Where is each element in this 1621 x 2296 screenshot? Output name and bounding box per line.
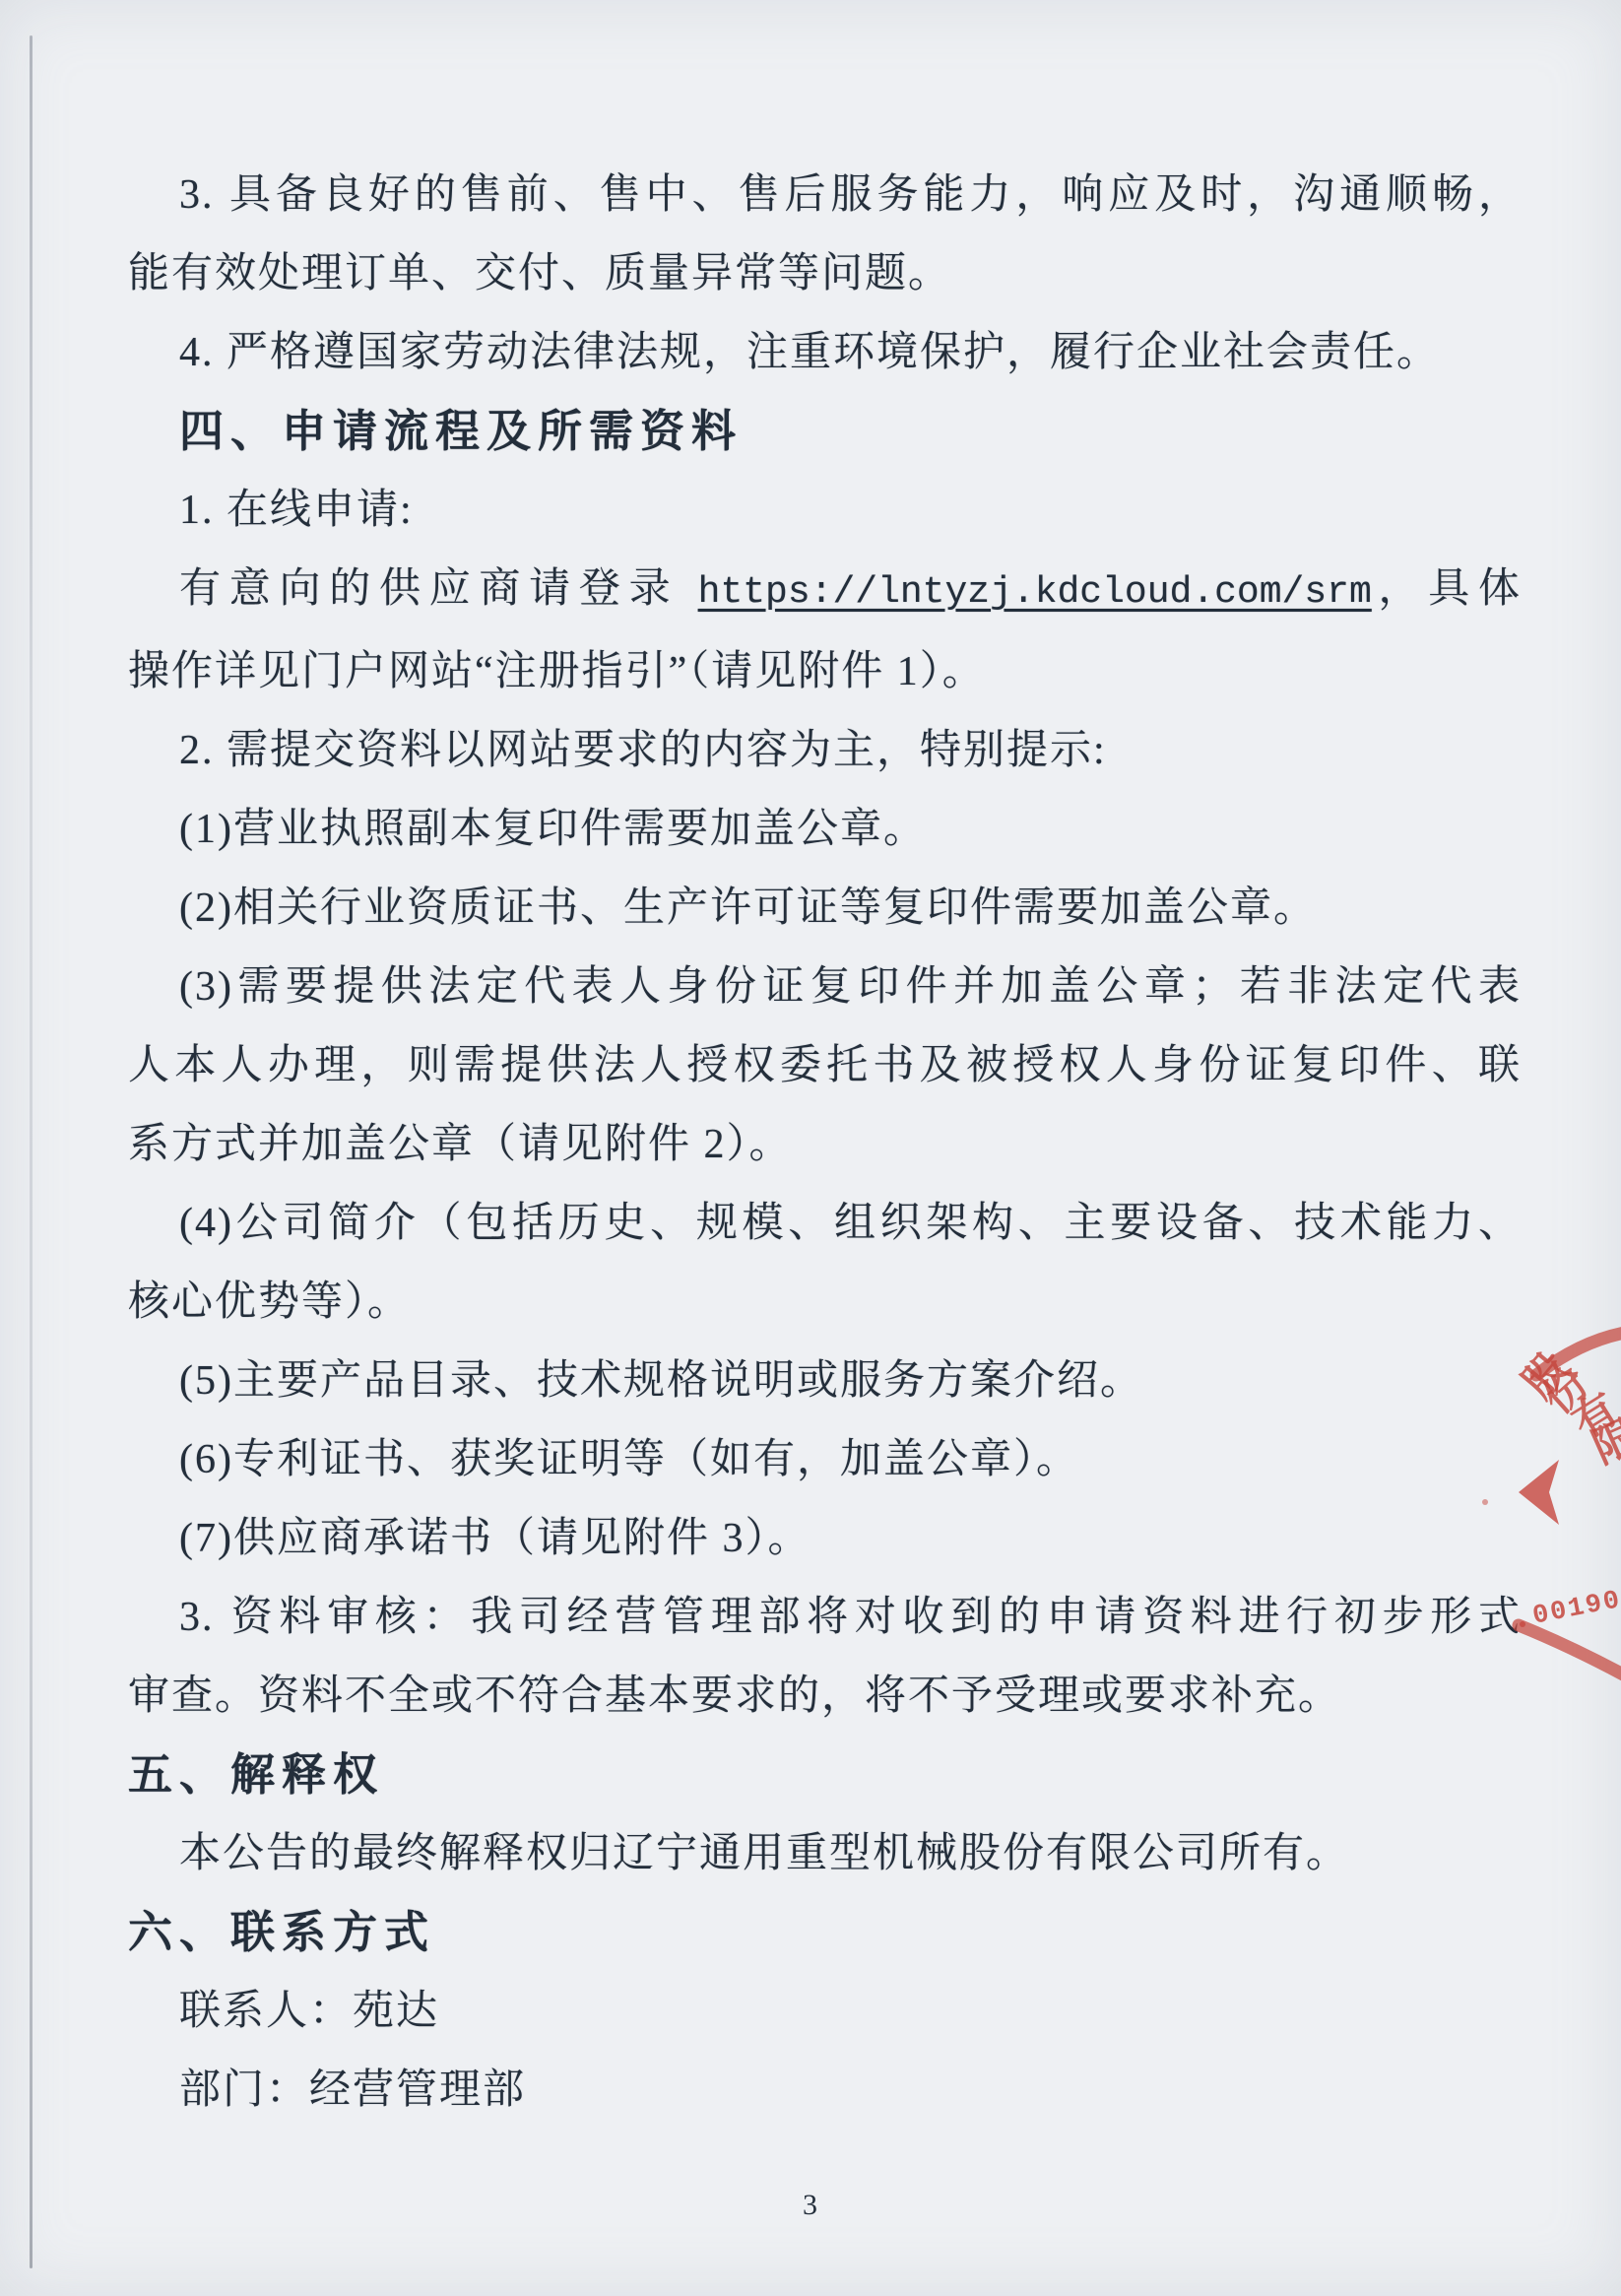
text-line: 3. 具备良好的售前、售中、售后服务能力，响应及时，沟通顺畅， (128, 156, 1522, 234)
section-heading: 六、联系方式 (128, 1893, 1522, 1972)
text-line: 系方式并加盖公章（请见附件 2）。 (128, 1105, 1522, 1184)
text-line: 2. 需提交资料以网站要求的内容为主，特别提示: (128, 711, 1522, 790)
text-line: 有意向的供应商请登录 https://lntyzj.kdcloud.com/sr… (128, 550, 1522, 632)
company-seal-stamp: 股 份 有 限 001906 (1463, 1249, 1621, 1684)
text-line: (4)公司简介（包括历史、规模、组织架构、主要设备、技术能力、 (128, 1184, 1522, 1263)
section-heading: 四、申请流程及所需资料 (128, 392, 1522, 471)
text-segment: 有意向的供应商请登录 (179, 566, 698, 612)
scanned-document-page: 3. 具备良好的售前、售中、售后服务能力，响应及时，沟通顺畅，能有效处理订单、交… (0, 0, 1621, 2296)
supplier-portal-url[interactable]: https://lntyzj.kdcloud.com/srm (698, 571, 1372, 614)
document-body: 3. 具备良好的售前、售中、售后服务能力，响应及时，沟通顺畅，能有效处理订单、交… (128, 156, 1522, 2130)
seal-star (1519, 1460, 1559, 1525)
text-line: 人本人办理，则需提供法人授权委托书及被授权人身份证复印件、联 (128, 1026, 1522, 1105)
text-line: (2)相关行业资质证书、生产许可证等复印件需要加盖公章。 (128, 869, 1522, 948)
text-line: 部门：经营管理部 (128, 2051, 1522, 2130)
text-line: (5)主要产品目录、技术规格说明或服务方案介绍。 (128, 1342, 1522, 1420)
section-heading: 五、解释权 (128, 1736, 1522, 1814)
text-line: 操作详见门户网站“注册指引”（请见附件 1）。 (128, 632, 1522, 711)
text-line: 1. 在线申请: (128, 471, 1522, 550)
text-line: 联系人：苑达 (128, 1972, 1522, 2051)
seal-rim-bottom-arc (1519, 1625, 1621, 1675)
text-line: (1)营业执照副本复印件需要加盖公章。 (128, 790, 1522, 869)
page-number: 3 (0, 2189, 1621, 2222)
text-line: 本公告的最终解释权归辽宁通用重型机械股份有限公司所有。 (128, 1814, 1522, 1893)
text-segment: ，具体 (1372, 566, 1522, 612)
text-line: (3)需要提供法定代表人身份证复印件并加盖公章；若非法定代表 (128, 948, 1522, 1026)
text-line: 能有效处理订单、交付、质量异常等问题。 (128, 234, 1522, 313)
text-line: 核心优势等）。 (128, 1263, 1522, 1342)
seal-serial: 001906 (1530, 1583, 1621, 1632)
text-line: (6)专利证书、获奖证明等（如有，加盖公章）。 (128, 1420, 1522, 1499)
seal-serial-dot (1520, 1621, 1525, 1627)
text-line: (7)供应商承诺书（请见附件 3）。 (128, 1499, 1522, 1578)
text-line: 审查。资料不全或不符合基本要求的，将不予受理或要求补充。 (128, 1657, 1522, 1736)
seal-ink-speck (1482, 1499, 1488, 1505)
scan-edge-artifact (30, 35, 32, 2268)
text-line: 3. 资料审核：我司经营管理部将对收到的申请资料进行初步形式 (128, 1578, 1522, 1657)
text-line: 4. 严格遵国家劳动法律法规，注重环境保护，履行企业社会责任。 (128, 313, 1522, 392)
